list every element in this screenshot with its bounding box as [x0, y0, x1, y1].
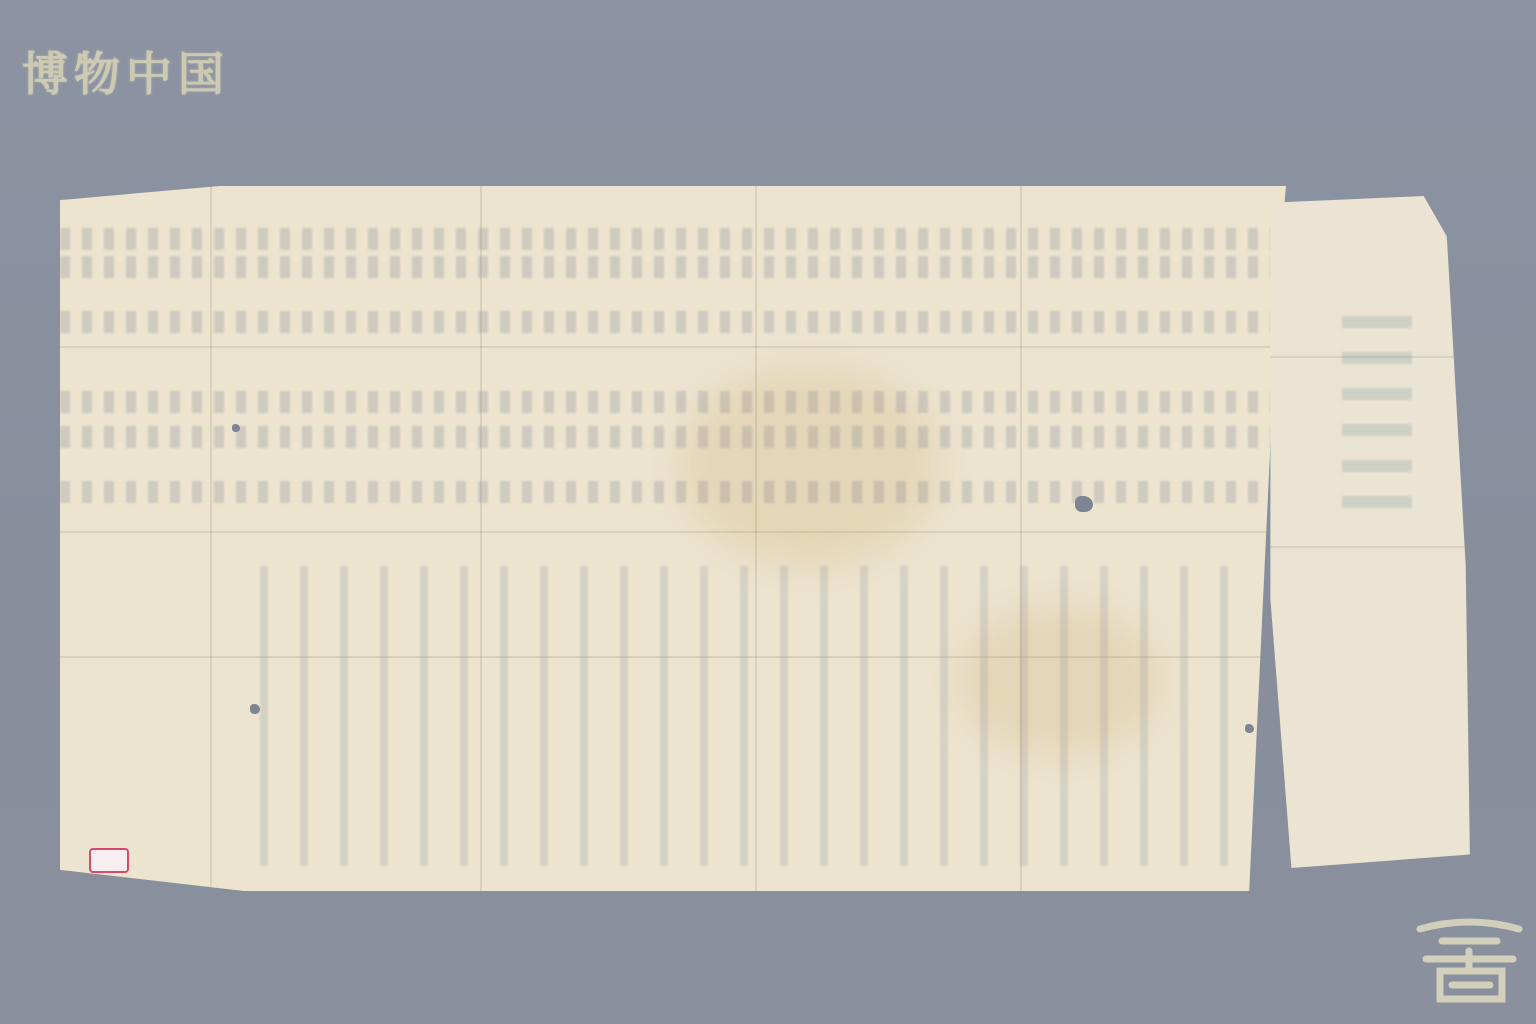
document-side-sheet: [1262, 196, 1472, 868]
faded-text-row: [60, 311, 1286, 333]
fold-line: [60, 656, 1286, 658]
faded-text-row: [60, 228, 1286, 250]
faded-text-row: [60, 256, 1286, 278]
fold-line: [480, 186, 482, 891]
catalog-label: [89, 848, 129, 873]
fold-line: [210, 186, 212, 891]
fold-line: [60, 346, 1286, 348]
faded-text-row: [60, 481, 1286, 503]
faded-text-row: [60, 426, 1286, 448]
fold-line: [60, 531, 1286, 533]
paper-hole: [1075, 496, 1093, 512]
pavilion-logo-icon: [1412, 915, 1527, 1007]
document-main-sheet: [60, 186, 1286, 891]
faded-text-row: [60, 391, 1286, 413]
faded-text-columns: [260, 566, 1246, 866]
fold-line: [1020, 186, 1022, 891]
paper-hole: [232, 424, 240, 432]
watermark-text: 博物中国: [22, 38, 230, 104]
paper-hole: [1245, 724, 1254, 733]
paper-hole: [250, 704, 260, 714]
fold-line: [1262, 546, 1472, 548]
fold-line: [755, 186, 757, 891]
faded-text-column: [1342, 316, 1412, 516]
